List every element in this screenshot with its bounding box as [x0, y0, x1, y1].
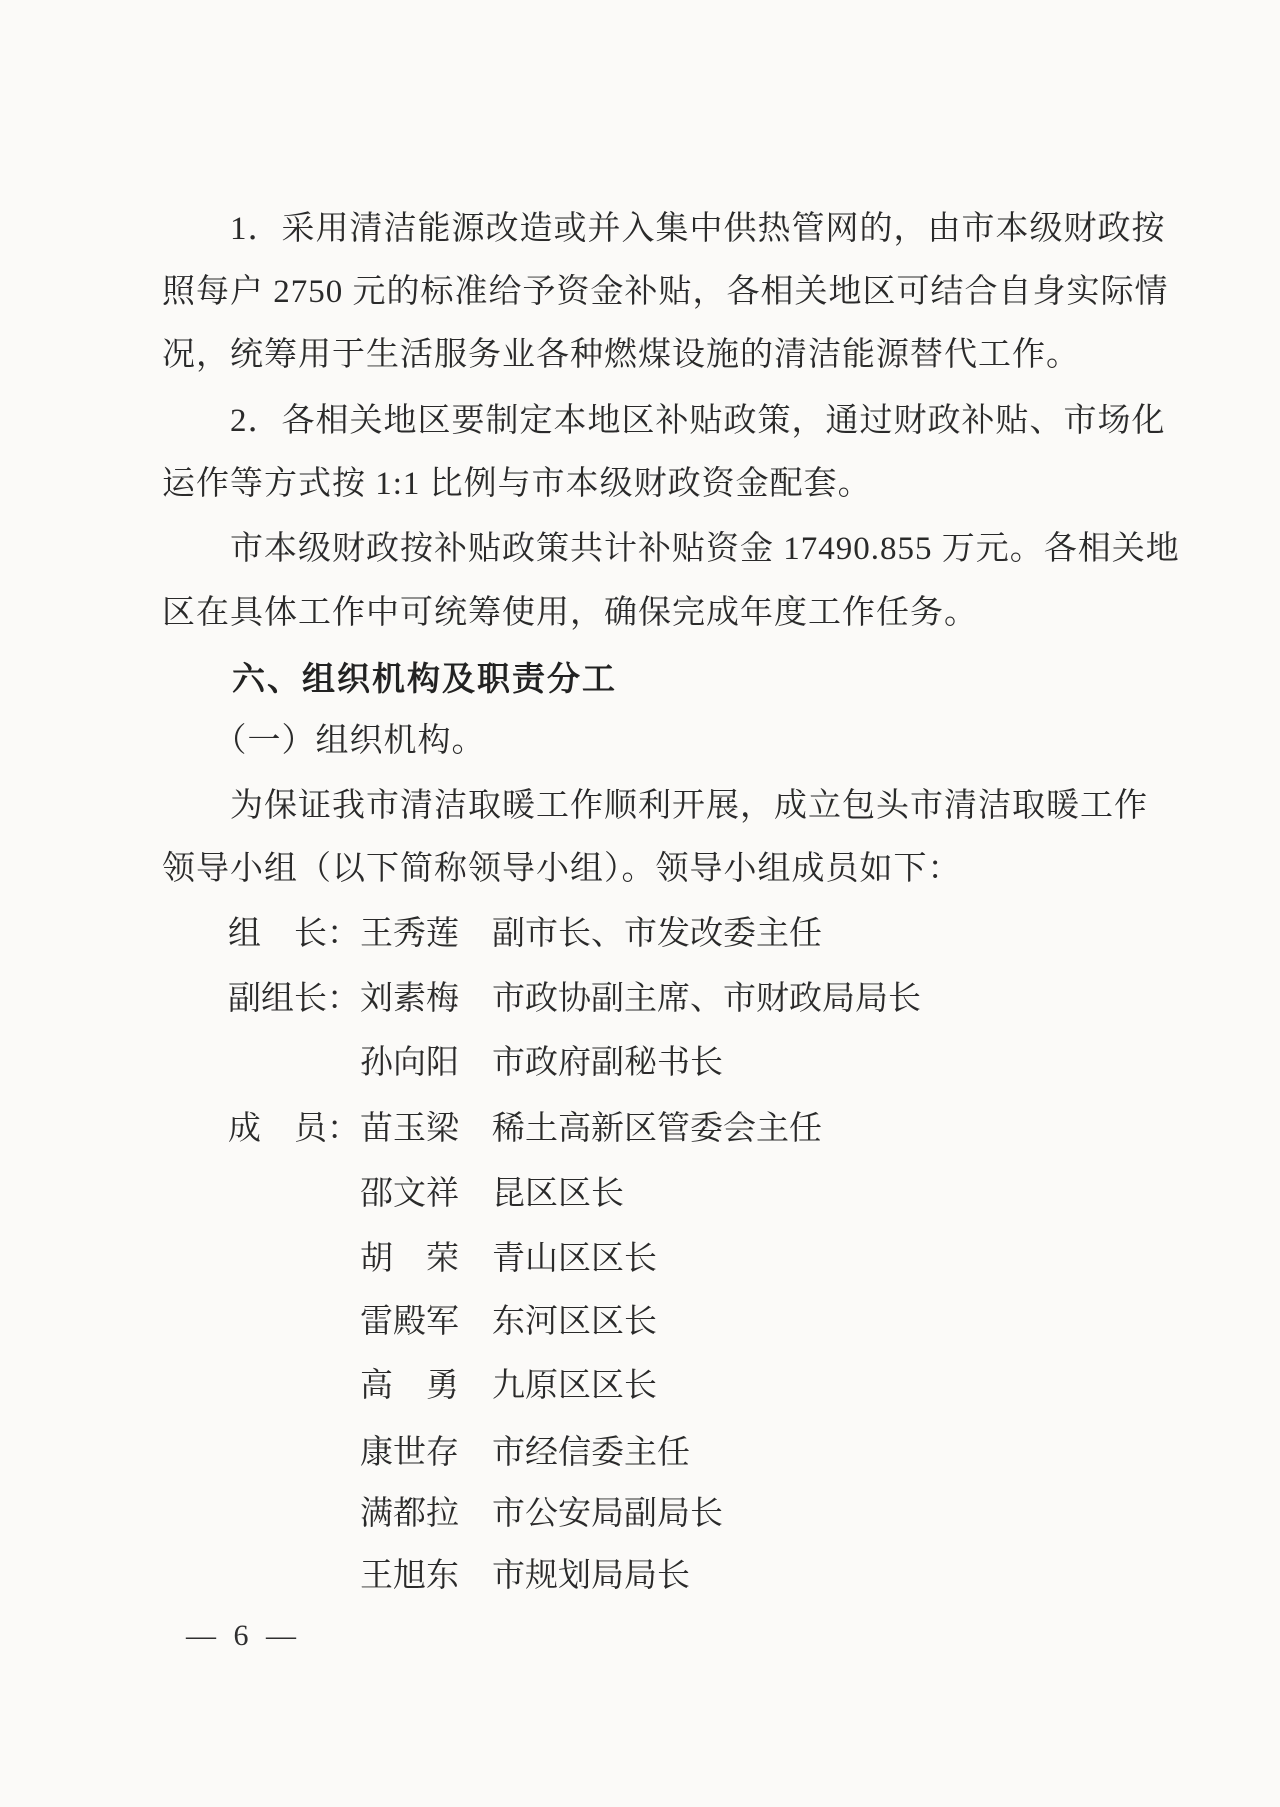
roster-line-member: 王旭东 市规划局局长 — [162, 1554, 1222, 1598]
roster-line-member: 成 员：苗玉梁 稀土高新区管委会主任 — [162, 1107, 1222, 1151]
roster-line-deputy: 孙向阳 市政府副秘书长 — [162, 1041, 1222, 1085]
roster-line-member: 邵文祥 昆区区长 — [162, 1172, 1222, 1216]
roster-line-deputy: 副组长：刘素梅 市政协副主席、市财政局局长 — [162, 977, 1222, 1021]
page-number: — 6 — — [186, 1614, 301, 1658]
roster-line-leader: 组 长：王秀莲 副市长、市发改委主任 — [162, 912, 1222, 956]
paragraph-line: 领导小组（以下简称领导小组）。领导小组成员如下： — [162, 847, 1222, 891]
paragraph-line: 运作等方式按 1:1 比例与市本级财政资金配套。 — [162, 462, 1222, 506]
paragraph-line: 为保证我市清洁取暖工作顺利开展，成立包头市清洁取暖工作 — [162, 784, 1222, 828]
paragraph-line: 1．采用清洁能源改造或并入集中供热管网的，由市本级财政按 — [162, 207, 1222, 251]
roster-line-member: 高 勇 九原区区长 — [162, 1364, 1222, 1408]
paragraph-line: 市本级财政按补贴政策共计补贴资金 17490.855 万元。各相关地 — [162, 527, 1222, 571]
roster-line-member: 雷殿军 东河区区长 — [162, 1300, 1222, 1344]
section-heading: 六、组织机构及职责分工 — [162, 657, 1222, 701]
roster-line-member: 胡 荣 青山区区长 — [162, 1237, 1222, 1281]
scanned-document-page: 1．采用清洁能源改造或并入集中供热管网的，由市本级财政按 照每户 2750 元的… — [0, 0, 1280, 1807]
roster-line-member: 满都拉 市公安局副局长 — [162, 1492, 1222, 1536]
paragraph-line: 照每户 2750 元的标准给予资金补贴，各相关地区可结合自身实际情 — [162, 270, 1222, 314]
paragraph-line: 2．各相关地区要制定本地区补贴政策，通过财政补贴、市场化 — [162, 399, 1222, 443]
roster-line-member: 康世存 市经信委主任 — [162, 1431, 1222, 1475]
paragraph-line: 况，统筹用于生活服务业各种燃煤设施的清洁能源替代工作。 — [162, 333, 1222, 377]
subsection-heading: （一）组织机构。 — [162, 719, 1222, 763]
paragraph-line: 区在具体工作中可统筹使用，确保完成年度工作任务。 — [162, 591, 1222, 635]
